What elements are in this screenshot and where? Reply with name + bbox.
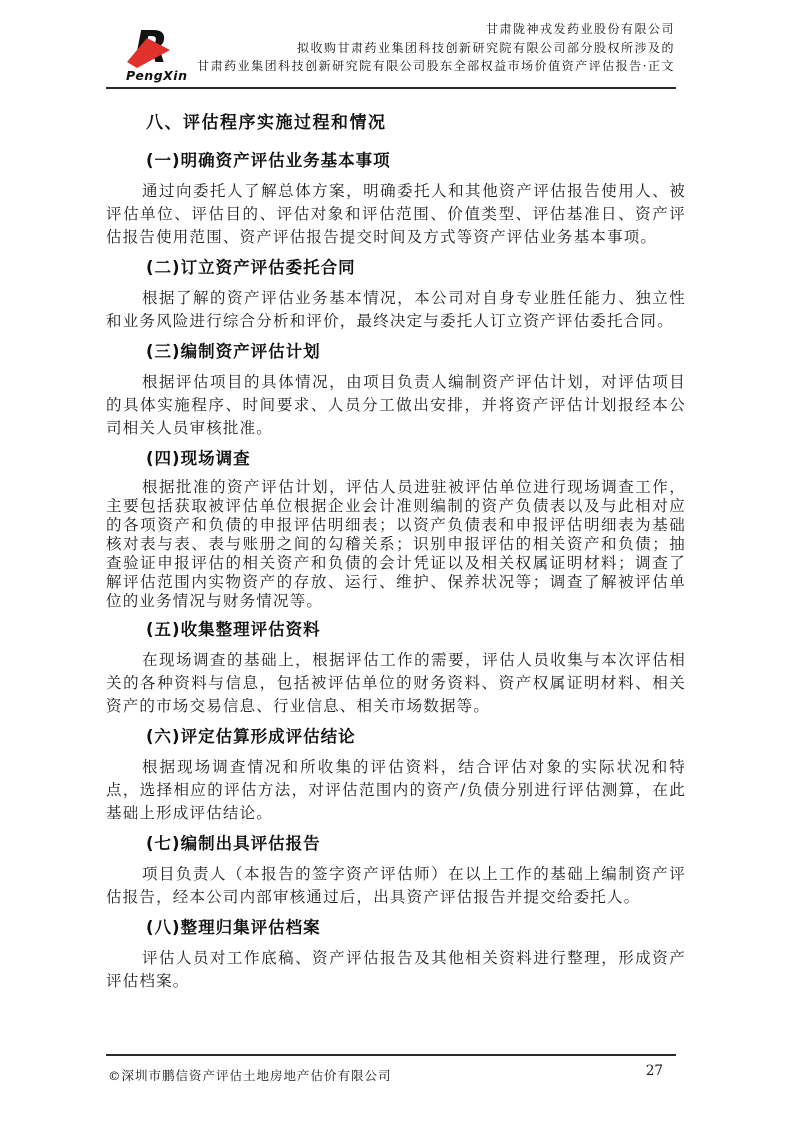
section-heading: (一)明确资产评估业务基本事项: [106, 150, 686, 171]
section-heading: (五)收集整理评估资料: [106, 619, 686, 640]
logo-wordmark: PengXin: [126, 68, 196, 83]
report-section: (七)编制出具评估报告 项目负责人（本报告的签字资产评估师）在以上工作的基础上编…: [106, 833, 686, 909]
company-logo: R PengXin: [126, 24, 196, 83]
report-section: (六)评定估算形成评估结论 根据现场调查情况和所收集的评估资料，结合评估对象的实…: [106, 726, 686, 825]
report-page: R PengXin 甘肃陇神戎发药业股份有限公司 拟收购甘肃药业集团科技创新研究…: [0, 0, 793, 1122]
section-heading: (三)编制资产评估计划: [106, 341, 686, 362]
report-section: (二)订立资产评估委托合同 根据了解的资产评估业务基本情况，本公司对自身专业胜任…: [106, 257, 686, 333]
section-paragraph: 在现场调查的基础上，根据评估工作的需要，评估人员收集与本次评估相关的各种资料与信…: [106, 649, 686, 718]
pengxin-r-icon: R: [126, 24, 190, 70]
report-body: 八、评估程序实施过程和情况 (一)明确资产评估业务基本事项 通过向委托人了解总体…: [106, 112, 686, 993]
section-heading: (二)订立资产评估委托合同: [106, 257, 686, 278]
header-title-block: 甘肃陇神戎发药业股份有限公司 拟收购甘肃药业集团科技创新研究院有限公司部分股权所…: [197, 20, 675, 76]
section-heading: (七)编制出具评估报告: [106, 833, 686, 854]
report-sections: (一)明确资产评估业务基本事项 通过向委托人了解总体方案，明确委托人和其他资产评…: [106, 150, 686, 993]
report-section: (八)整理归集评估档案 评估人员对工作底稿、资产评估报告及其他相关资料进行整理，…: [106, 917, 686, 993]
footer-rule: [106, 1054, 676, 1056]
header-line-2: 拟收购甘肃药业集团科技创新研究院有限公司部分股权所涉及的: [197, 39, 675, 58]
header-line-1: 甘肃陇神戎发药业股份有限公司: [197, 20, 675, 39]
section-paragraph: 根据了解的资产评估业务基本情况，本公司对自身专业胜任能力、独立性和业务风险进行综…: [106, 287, 686, 333]
section-paragraph: 评估人员对工作底稿、资产评估报告及其他相关资料进行整理，形成资产评估档案。: [106, 947, 686, 993]
header-rule: [106, 87, 676, 89]
report-section: (一)明确资产评估业务基本事项 通过向委托人了解总体方案，明确委托人和其他资产评…: [106, 150, 686, 249]
page-number: 27: [646, 1063, 663, 1079]
section-heading: (四)现场调查: [106, 448, 686, 469]
report-section: (三)编制资产评估计划 根据评估项目的具体情况，由项目负责人编制资产评估计划，对…: [106, 341, 686, 440]
report-section: (四)现场调查 根据批准的资产评估计划，评估人员进驻被评估单位进行现场调查工作，…: [106, 448, 686, 611]
report-section: (五)收集整理评估资料 在现场调查的基础上，根据评估工作的需要，评估人员收集与本…: [106, 619, 686, 718]
section-paragraph: 根据评估项目的具体情况，由项目负责人编制资产评估计划，对评估项目的具体实施程序、…: [106, 371, 686, 440]
section-heading: (六)评定估算形成评估结论: [106, 726, 686, 747]
footer-copyright: ©深圳市鹏信资产评估土地房地产估价有限公司: [108, 1066, 392, 1084]
section-paragraph: 根据现场调查情况和所收集的评估资料，结合评估对象的实际状况和特点，选择相应的评估…: [106, 756, 686, 825]
section-paragraph: 项目负责人（本报告的签字资产评估师）在以上工作的基础上编制资产评估报告，经本公司…: [106, 863, 686, 909]
section-heading: (八)整理归集评估档案: [106, 917, 686, 938]
chapter-title: 八、评估程序实施过程和情况: [106, 112, 686, 134]
section-paragraph: 通过向委托人了解总体方案，明确委托人和其他资产评估报告使用人、被评估单位、评估目…: [106, 180, 686, 249]
section-paragraph: 根据批准的资产评估计划，评估人员进驻被评估单位进行现场调查工作，主要包括获取被评…: [106, 478, 686, 611]
header-line-3: 甘肃药业集团科技创新研究院有限公司股东全部权益市场价值资产评估报告·正文: [197, 57, 675, 76]
